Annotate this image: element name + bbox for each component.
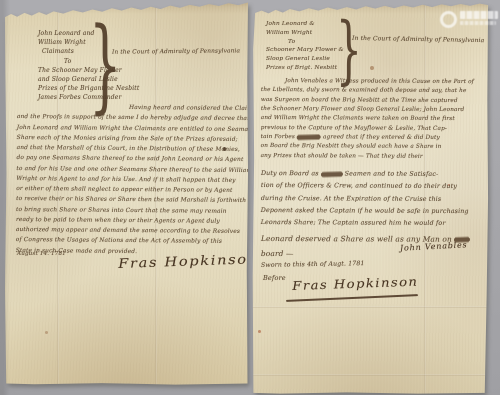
sworn-line: Sworn to this 4th of Augt. 1781 [261, 260, 365, 269]
caption-brace: } [89, 27, 122, 105]
right-document: John Leonard & William Wright To Schoone… [252, 2, 489, 394]
caption-brace: } [336, 22, 362, 78]
court-heading: In the Court of Admiralty of Pennsylvani… [352, 35, 484, 44]
line-text: agreed that if they entered & did Duty [323, 134, 440, 141]
strikeout-scribble [297, 134, 321, 139]
caption-line: Schooner Mary Flower & [266, 46, 344, 55]
fox-spot [45, 331, 48, 334]
manuscript-line-with-strikeout: Duty on Board asSeamen and to the Satisf… [261, 168, 491, 182]
caption-line: Prizes of Brigt. Nesbitt [266, 64, 344, 73]
before-label: Before [263, 274, 286, 282]
decree-body: Having heard and considered the Claim fi… [16, 102, 247, 258]
judge-signature: Fras Hopkinson [292, 275, 419, 293]
manuscript-line: during the Cruise. At the Expiration of … [261, 193, 491, 207]
signature-underline [286, 294, 418, 302]
caption-line: William Wright [266, 29, 344, 38]
court-heading: In the Court of Admiralty of Pennsylvani… [112, 48, 240, 55]
fox-spot [258, 330, 261, 333]
line-text: Duty on Board as [261, 170, 319, 177]
deposition-body-upper: John Venables a Witness produced in this… [261, 77, 489, 162]
fox-spot [370, 66, 374, 70]
line-text: tain Forbes [261, 134, 295, 140]
left-document-paper: John Leonard and William Wright Claimant… [5, 1, 248, 385]
date-line: August 14. 1781 [17, 251, 66, 257]
fold-crease [252, 374, 489, 376]
deposition-body-middle: Duty on Board asSeamen and to the Satisf… [261, 168, 491, 231]
manuscript-line: tion of the Officers & Crew, and continu… [261, 180, 491, 194]
strikeout-scribble [321, 172, 343, 177]
case-caption: John Leonard & William Wright To Schoone… [266, 20, 344, 73]
photo-of-documents: { "photo": { "background_color": "#a7a7a… [0, 0, 500, 395]
caption-line: Sloop General Leslie [266, 55, 344, 64]
manuscript-line: Deponent asked the Captain if he would b… [261, 205, 491, 219]
line-text: Seamen and to the Satisfac- [345, 170, 439, 177]
fold-crease [252, 306, 489, 308]
manuscript-line: any Prizes that should be taken — That t… [261, 152, 489, 163]
left-document: John Leonard and William Wright Claimant… [5, 1, 248, 385]
right-document-paper: John Leonard & William Wright To Schoone… [252, 2, 489, 394]
manuscript-line: Leonards Share; The Captain assured him … [261, 217, 491, 231]
caption-line: John Leonard & [266, 20, 344, 29]
